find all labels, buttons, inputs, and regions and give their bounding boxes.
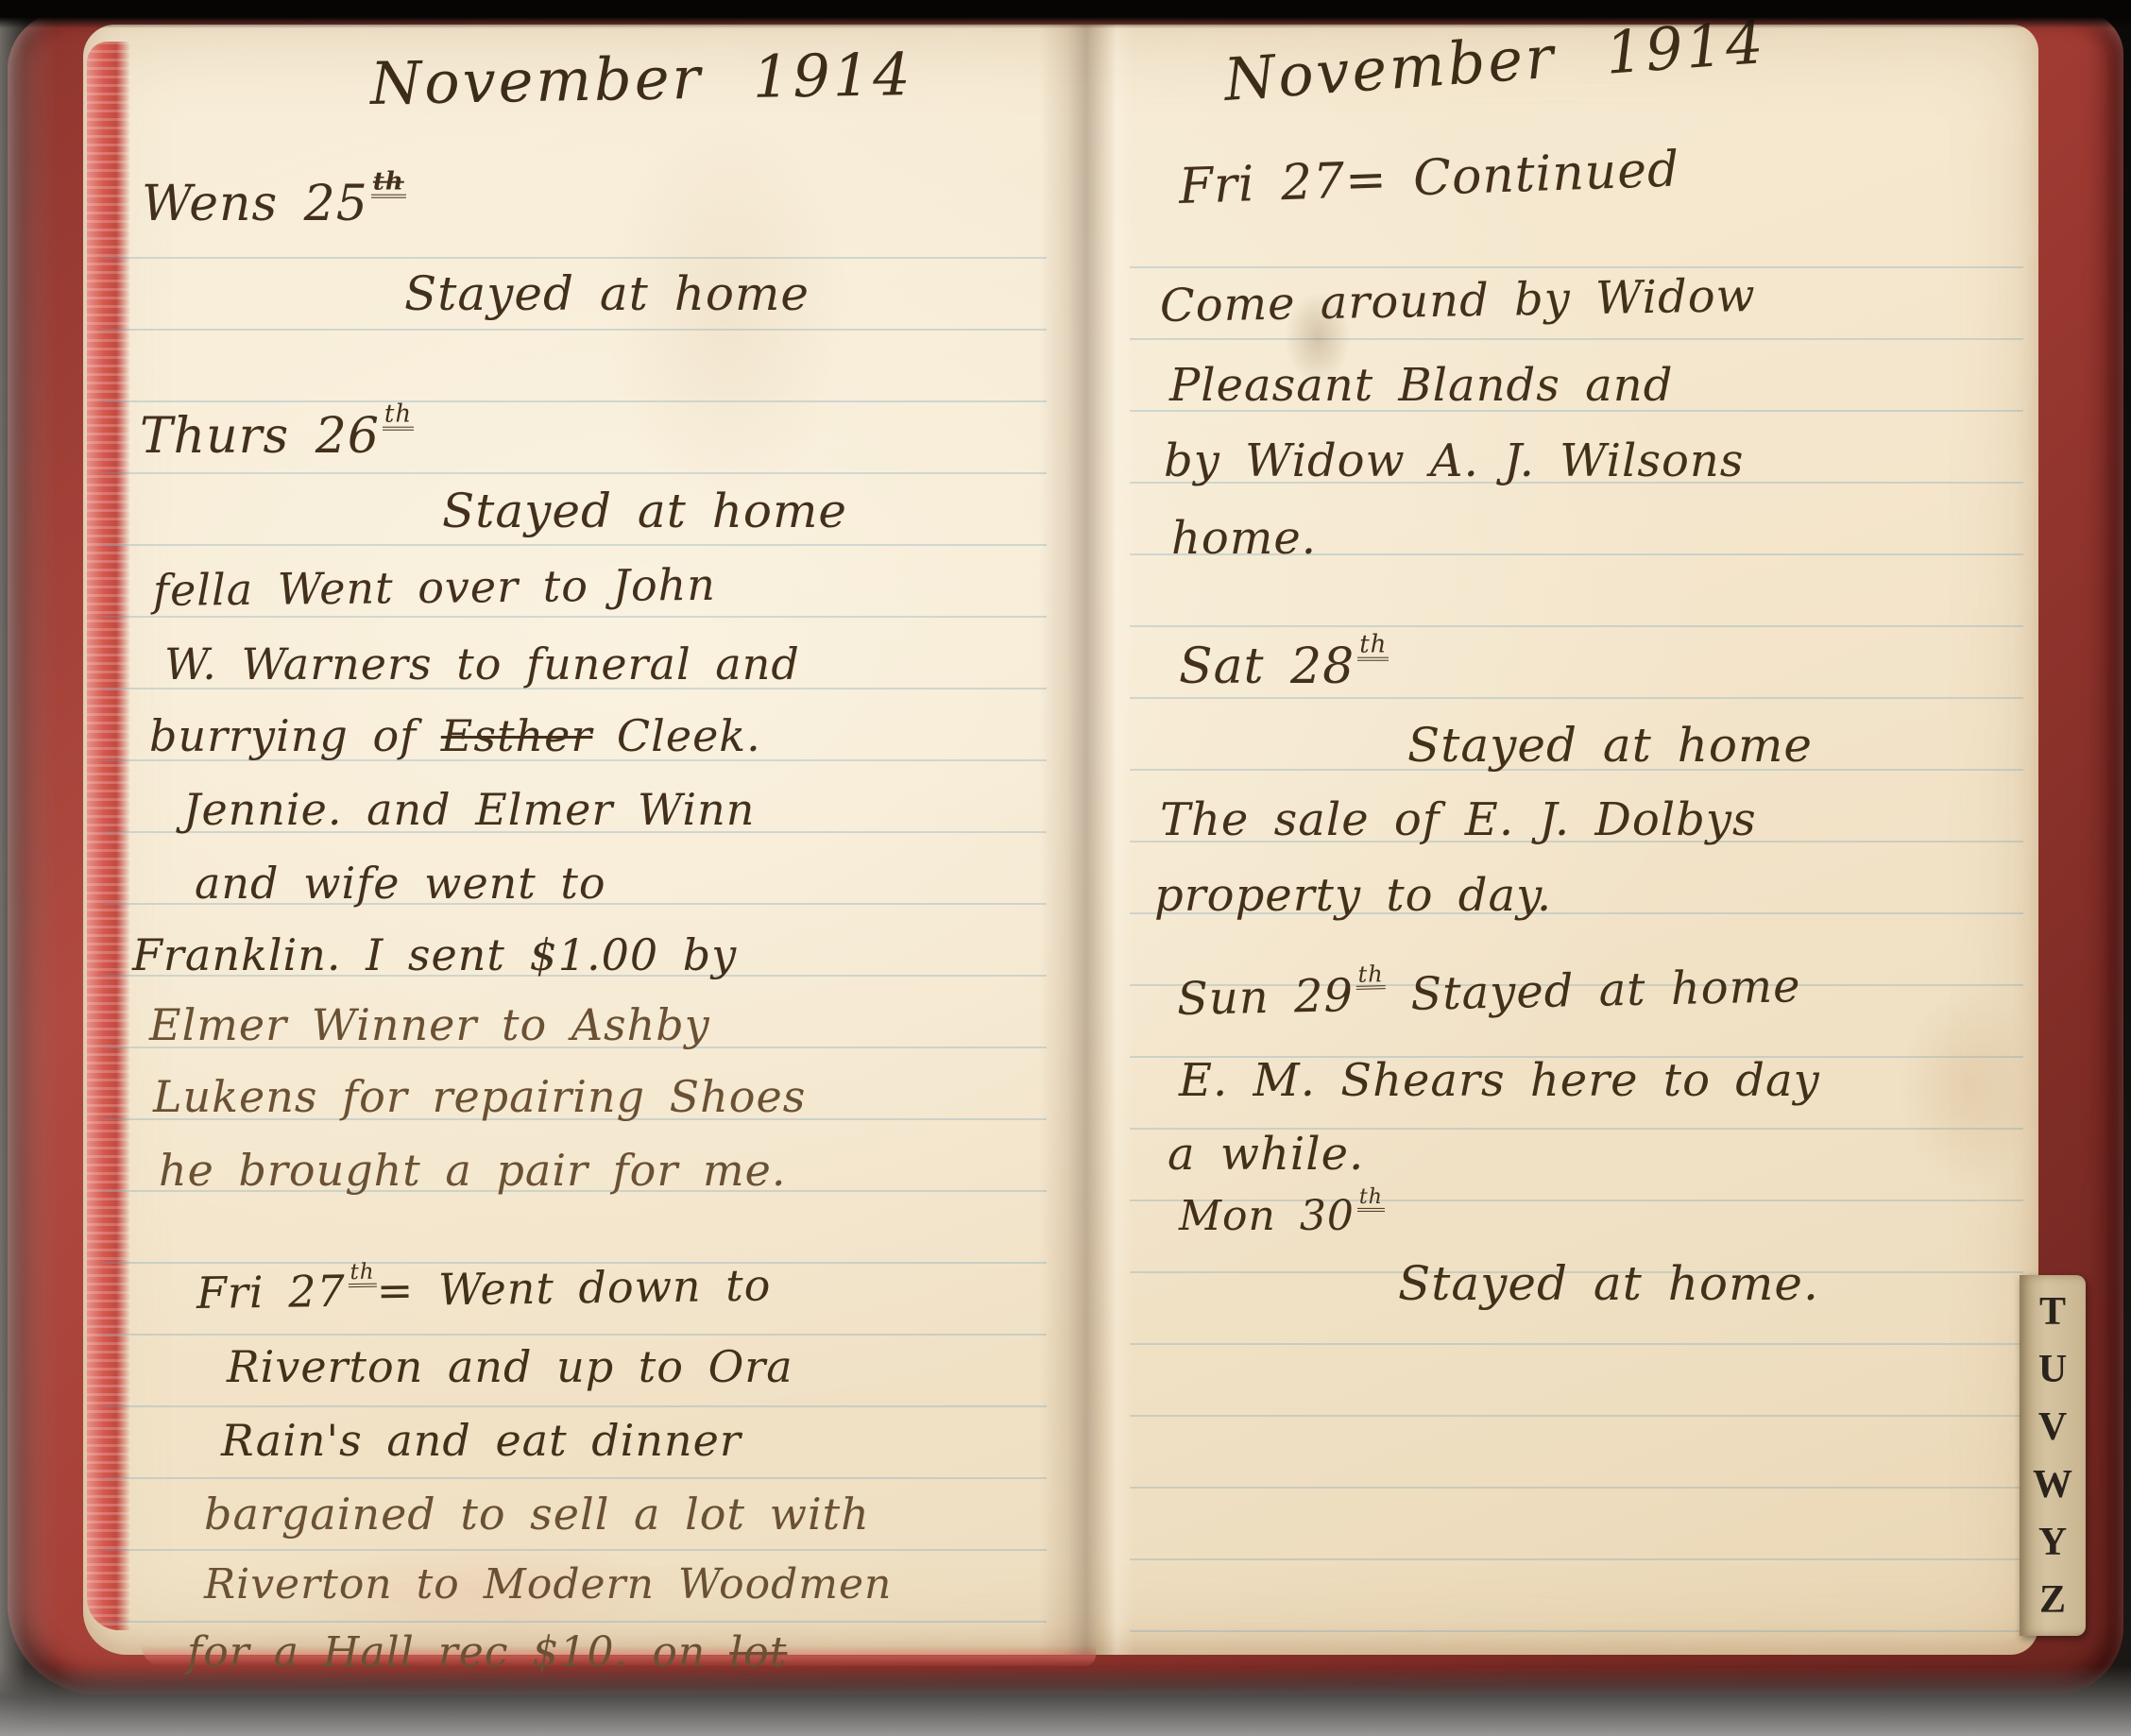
scanner-glow-left <box>0 0 57 1736</box>
diary-line: Come around by Widow <box>1160 269 1757 332</box>
diary-line: Rain's and eat dinner <box>221 1415 742 1466</box>
diary-line: Stayed at home <box>442 484 847 538</box>
diary-line: E. M. Shears here to day <box>1179 1054 1820 1107</box>
diary-line: Thurs 26th <box>140 408 414 465</box>
diary-line: Pleasant Blands and <box>1169 359 1673 412</box>
handwriting-layer: November 1914 Wens 25th Stayed at home T… <box>0 0 2131 1736</box>
diary-line: burrying of Esther Cleek. <box>149 710 761 761</box>
diary-line: Wens 25th <box>142 176 406 232</box>
diary-line: W. Warners to funeral and <box>164 638 800 689</box>
diary-line: he brought a pair for me. <box>159 1145 786 1196</box>
diary-line: Stayed at home <box>1407 718 1813 773</box>
photo-top-edge <box>0 0 2131 28</box>
diary-line: and wife went to <box>195 858 606 909</box>
page-header-left: November 1914 <box>369 40 913 118</box>
diary-line: Franklin. I sent $1.00 by <box>132 929 737 980</box>
diary-line: property to day. <box>1154 869 1552 922</box>
diary-line: bargained to sell a lot with <box>204 1489 870 1540</box>
tab-letter: U <box>2038 1350 2067 1389</box>
tab-letter: Z <box>2039 1580 2066 1620</box>
diary-line: Elmer Winner to Ashby <box>149 999 710 1050</box>
tab-letter: T <box>2039 1292 2066 1332</box>
diary-line: by Widow A. J. Wilsons <box>1164 434 1744 487</box>
diary-line: Fri 27th= Went down to <box>196 1260 772 1319</box>
diary-line: fella Went over to John <box>153 559 716 616</box>
diary-line: Riverton to Modern Woodmen <box>204 1560 892 1608</box>
diary-line: Sun 29th Stayed at home <box>1176 960 1801 1026</box>
diary-line: home. <box>1171 512 1317 565</box>
tab-letter: W <box>2033 1465 2072 1505</box>
diary-line: Fri 27= Continued <box>1178 142 1680 215</box>
diary-line: a while. <box>1168 1128 1364 1181</box>
tab-letter: V <box>2038 1407 2067 1447</box>
diary-line: Stayed at home. <box>1398 1256 1819 1311</box>
photo-bottom-edge <box>0 1666 2131 1736</box>
diary-line: Jennie. and Elmer Winn <box>183 784 755 835</box>
diary-line: Stayed at home <box>404 266 810 321</box>
alphabet-index-tab: T U V W Y Z <box>2020 1275 2086 1636</box>
diary-line: Lukens for repairing Shoes <box>153 1071 806 1122</box>
diary-line: Sat 28th <box>1179 638 1389 695</box>
tab-letter: Y <box>2038 1523 2067 1562</box>
diary-line: Mon 30th <box>1179 1192 1385 1240</box>
diary-line: Riverton and up to Ora <box>227 1341 793 1392</box>
diary-line: The sale of E. J. Dolbys <box>1160 793 1757 846</box>
diary-photo: November 1914 Wens 25th Stayed at home T… <box>0 0 2131 1736</box>
